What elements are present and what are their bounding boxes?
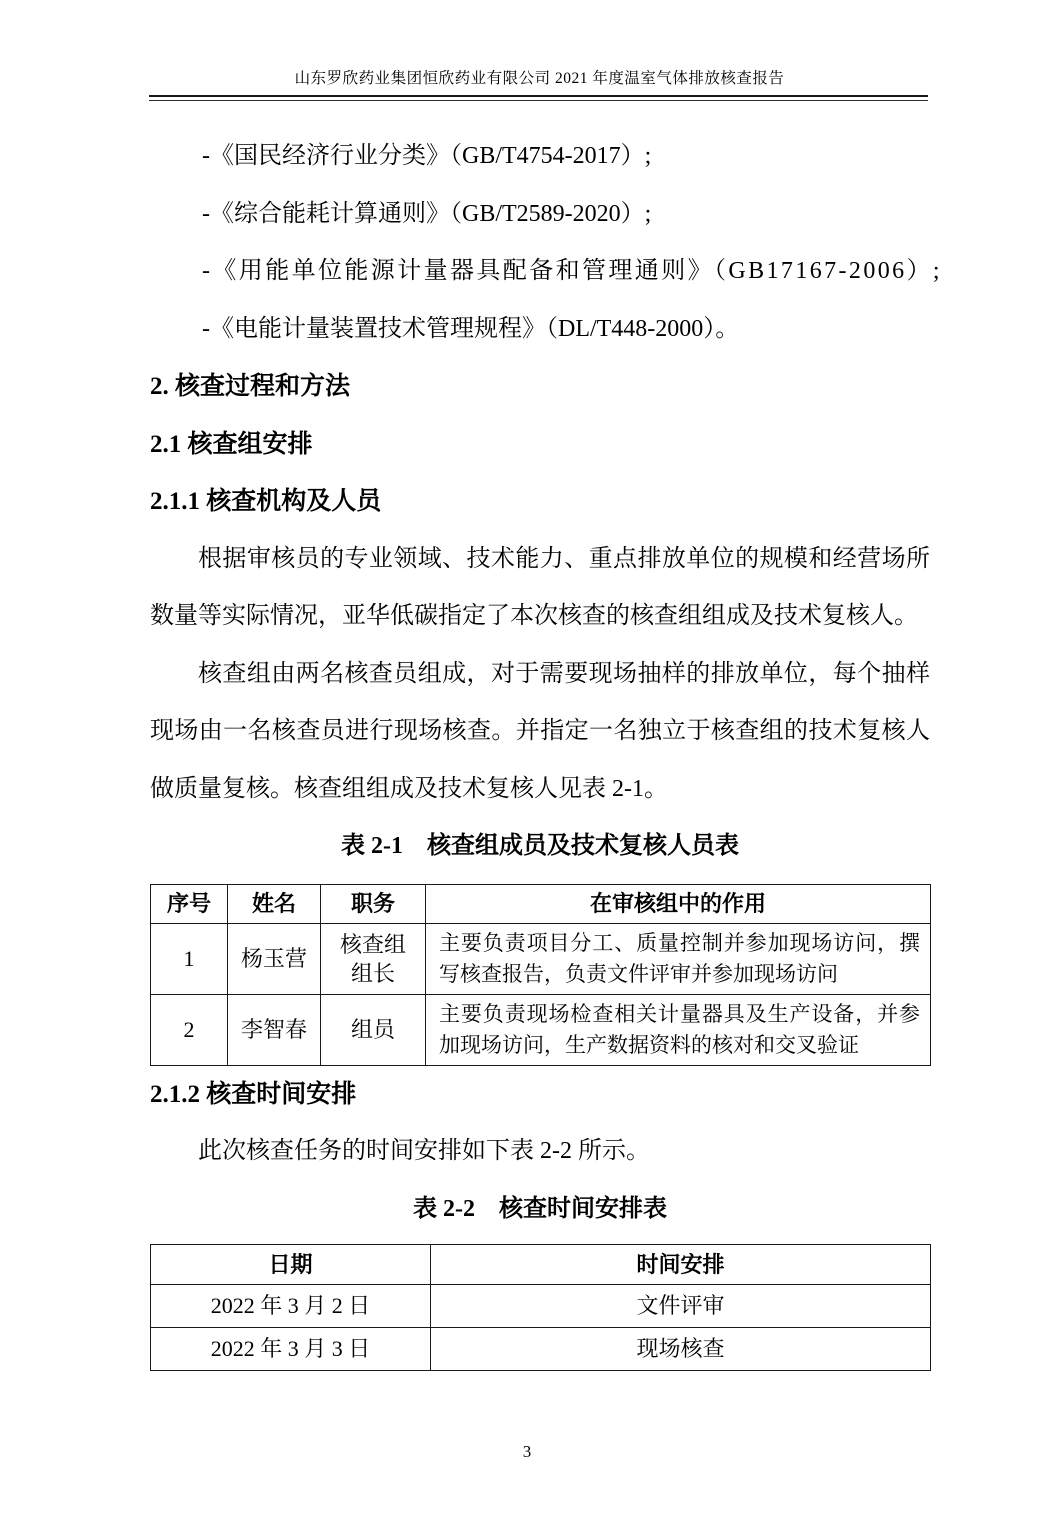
reference-item: -《国民经济行业分类》（GB/T4754-2017）; xyxy=(150,128,930,186)
header-rule-thin xyxy=(149,100,928,101)
column-header-name: 姓名 xyxy=(228,884,321,923)
cell-date: 2022 年 3 月 2 日 xyxy=(151,1285,431,1328)
section-heading-2-1: 2.1 核查组安排 xyxy=(150,416,930,474)
section-heading-2: 2. 核查过程和方法 xyxy=(150,358,930,416)
column-header-activity: 时间安排 xyxy=(431,1245,931,1285)
section-heading-2-1-2: 2.1.2 核查时间安排 xyxy=(150,1066,930,1124)
reference-item: -《综合能耗计算通则》（GB/T2589-2020）; xyxy=(150,186,930,244)
cell-duty: 主要负责现场检查相关计量器具及生产设备，并参加现场访问，生产数据资料的核对和交叉… xyxy=(426,994,931,1065)
column-header-date: 日期 xyxy=(151,1245,431,1285)
paragraph-team-composition: 核查组由两名核查员组成，对于需要现场抽样的排放单位，每个抽样现场由一名核查员进行… xyxy=(150,646,930,819)
schedule-table: 日期 时间安排 2022 年 3 月 2 日 文件评审 2022 年 3 月 3… xyxy=(150,1244,931,1371)
table-2-1-caption: 表 2-1 核查组成员及技术复核人员表 xyxy=(150,818,930,876)
cell-activity: 现场核查 xyxy=(431,1328,931,1371)
running-header: 山东罗欣药业集团恒欣药业有限公司 2021 年度温室气体排放核查报告 xyxy=(150,66,929,92)
column-header-role: 职务 xyxy=(321,884,426,923)
column-header-no: 序号 xyxy=(151,884,228,923)
cell-role: 核查组 组长 xyxy=(321,923,426,994)
paragraph-schedule-intro: 此次核查任务的时间安排如下表 2-2 所示。 xyxy=(150,1123,930,1181)
cell-no: 2 xyxy=(151,994,228,1065)
reference-item: -《用能单位能源计量器具配备和管理通则》（GB17167-2006）; xyxy=(150,243,930,301)
table-row: 2 李智春 组员 主要负责现场检查相关计量器具及生产设备，并参加现场访问，生产数… xyxy=(151,994,931,1065)
cell-activity: 文件评审 xyxy=(431,1285,931,1328)
cell-no: 1 xyxy=(151,923,228,994)
verification-team-table: 序号 姓名 职务 在审核组中的作用 1 杨玉营 核查组 组长 主要负责项目分工、… xyxy=(150,884,931,1066)
header-rule-thick xyxy=(149,95,928,97)
column-header-duty: 在审核组中的作用 xyxy=(426,884,931,923)
table-row: 2022 年 3 月 2 日 文件评审 xyxy=(151,1285,931,1328)
section-heading-2-1-1: 2.1.1 核查机构及人员 xyxy=(150,473,930,531)
cell-role: 组员 xyxy=(321,994,426,1065)
table-row: 1 杨玉营 核查组 组长 主要负责项目分工、质量控制并参加现场访问，撰写核查报告… xyxy=(151,923,931,994)
cell-duty: 主要负责项目分工、质量控制并参加现场访问，撰写核查报告，负责文件评审并参加现场访… xyxy=(426,923,931,994)
table-2-2-caption: 表 2-2 核查时间安排表 xyxy=(150,1181,930,1239)
table-row: 2022 年 3 月 3 日 现场核查 xyxy=(151,1328,931,1371)
reference-item: -《电能计量装置技术管理规程》（DL/T448-2000）。 xyxy=(150,301,930,359)
cell-name: 杨玉营 xyxy=(228,923,321,994)
page-number: 3 xyxy=(0,1442,1054,1462)
page-body: -《国民经济行业分类》（GB/T4754-2017）; -《综合能耗计算通则》（… xyxy=(150,128,930,1371)
paragraph-team-basis: 根据审核员的专业领域、技术能力、重点排放单位的规模和经营场所数量等实际情况，亚华… xyxy=(150,531,930,646)
table-header-row: 日期 时间安排 xyxy=(151,1245,931,1285)
cell-name: 李智春 xyxy=(228,994,321,1065)
document-page: 山东罗欣药业集团恒欣药业有限公司 2021 年度温室气体排放核查报告 -《国民经… xyxy=(0,0,1054,1516)
table-header-row: 序号 姓名 职务 在审核组中的作用 xyxy=(151,884,931,923)
cell-date: 2022 年 3 月 3 日 xyxy=(151,1328,431,1371)
